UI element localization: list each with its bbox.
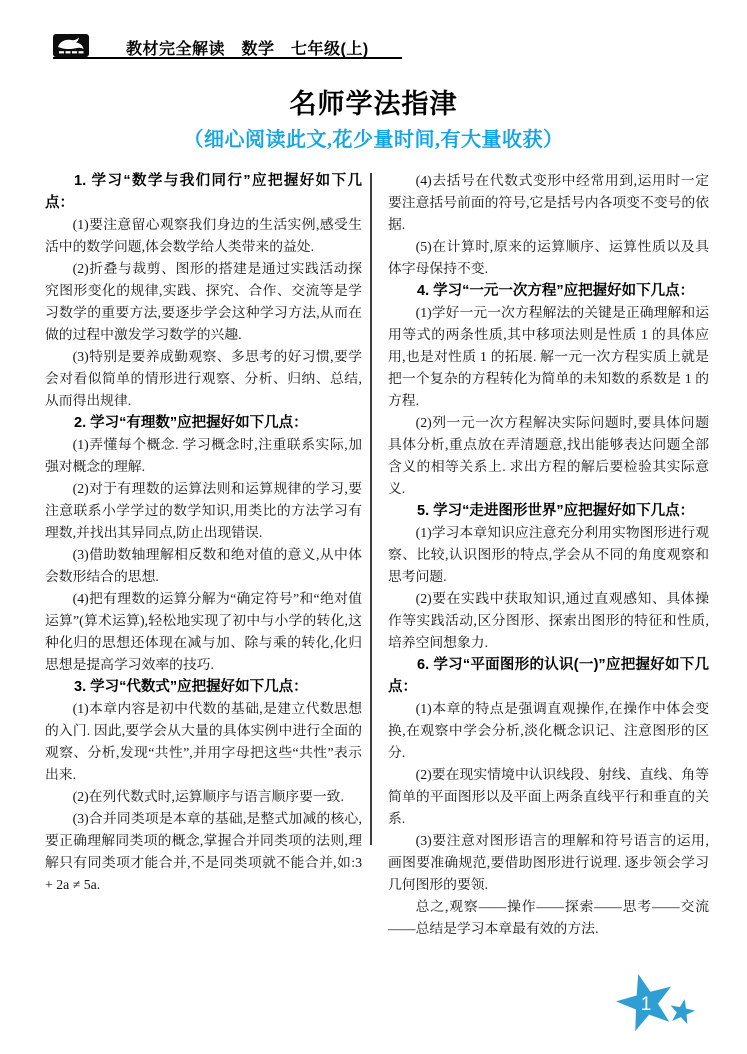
- paragraph: (2)在列代数式时,运算顺序与语言顺序要一致.: [45, 786, 362, 808]
- book-header-title: 教材完全解读 数学 七年级(上): [126, 36, 369, 59]
- paragraph: (2)折叠与裁剪、图形的搭建是通过实践活动探究图形变化的规律,实践、探究、合作、…: [45, 258, 362, 346]
- paragraph: (3)借助数轴理解相反数和绝对值的意义,从中体会数形结合的思想.: [45, 544, 362, 588]
- paragraph: (1)本章内容是初中代数的基础,是建立代数思想的入门. 因此,要学会从大量的具体…: [45, 698, 362, 786]
- paragraph: 总之,观察——操作——探索——思考——交流——总结是学习本章最有效的方法.: [388, 896, 709, 940]
- section-heading: 1. 学习“数学与我们同行”应把握好如下几点：: [45, 170, 362, 214]
- page-title: 名师学法指津: [0, 82, 747, 121]
- publisher-animal-logo-icon: [53, 34, 89, 57]
- section-heading: 4. 学习“一元一次方程”应把握好如下几点：: [388, 280, 709, 302]
- paragraph: (1)本章的特点是强调直观操作,在操作中体会变换,在观察中学会分析,淡化概念识记…: [388, 698, 709, 764]
- column-divider: [370, 173, 372, 845]
- paragraph: (2)要在现实情境中认识线段、射线、直线、角等简单的平面图形以及平面上两条直线平…: [388, 764, 709, 830]
- textbook-page: 教材完全解读 数学 七年级(上) 名师学法指津 （细心阅读此文,花少量时间,有大…: [0, 0, 747, 1054]
- paragraph: (3)特别是要养成勤观察、多思考的好习惯,要学会对看似简单的情形进行观察、分析、…: [45, 346, 362, 412]
- paragraph: (2)对于有理数的运算法则和运算规律的学习,要注意联系小学学过的数学知识,用类比…: [45, 478, 362, 544]
- paragraph: (5)在计算时,原来的运算顺序、运算性质以及具体字母保持不变.: [388, 236, 709, 280]
- section-heading: 3. 学习“代数式”应把握好如下几点：: [45, 676, 362, 698]
- paragraph: (4)去括号在代数式变形中经常用到,运用时一定要注意括号前面的符号,它是括号内各…: [388, 170, 709, 236]
- paragraph: (1)学习本章知识应注意充分利用实物图形进行观察、比较,认识图形的特点,学会从不…: [388, 522, 709, 588]
- section-heading: 2. 学习“有理数”应把握好如下几点：: [45, 412, 362, 434]
- section-heading: 6. 学习“平面图形的认识(一)”应把握好如下几点：: [388, 654, 709, 698]
- paragraph: (3)合并同类项是本章的基础,是整式加减的核心,要正确理解同类项的概念,掌握合并…: [45, 808, 362, 896]
- header-rule: [53, 57, 402, 59]
- section-heading: 5. 学习“走进图形世界”应把握好如下几点：: [388, 500, 709, 522]
- paragraph: (1)要注意留心观察我们身边的生活实例,感受生活中的数学问题,体会数学给人类带来…: [45, 214, 362, 258]
- left-column: 1. 学习“数学与我们同行”应把握好如下几点：(1)要注意留心观察我们身边的生活…: [45, 170, 362, 896]
- page-subtitle: （细心阅读此文,花少量时间,有大量收获）: [0, 123, 747, 152]
- paragraph: (2)要在实践中获取知识,通过直观感知、具体操作等实践活动,区分图形、探索出图形…: [388, 588, 709, 654]
- paragraph: (4)把有理数的运算分解为“确定符号”和“绝对值运算”(算术运算),轻松地实现了…: [45, 588, 362, 676]
- right-column: (4)去括号在代数式变形中经常用到,运用时一定要注意括号前面的符号,它是括号内各…: [388, 170, 709, 940]
- paragraph: (2)列一元一次方程解决实际问题时,要具体问题具体分析,重点放在弄清题意,找出能…: [388, 412, 709, 500]
- page-number-stars: 1: [598, 966, 722, 1048]
- page-number-star-icon: 1: [611, 967, 680, 1034]
- paragraph: (3)要注意对图形语言的理解和符号语言的运用,画图要准确规范,要借助图形进行说理…: [388, 830, 709, 896]
- page-number: 1: [641, 994, 652, 1015]
- small-star-icon: [668, 996, 697, 1025]
- paragraph: (1)学好一元一次方程解法的关键是正确理解和运用等式的两条性质,其中移项法则是性…: [388, 302, 709, 412]
- paragraph: (1)弄懂每个概念. 学习概念时,注重联系实际,加强对概念的理解.: [45, 434, 362, 478]
